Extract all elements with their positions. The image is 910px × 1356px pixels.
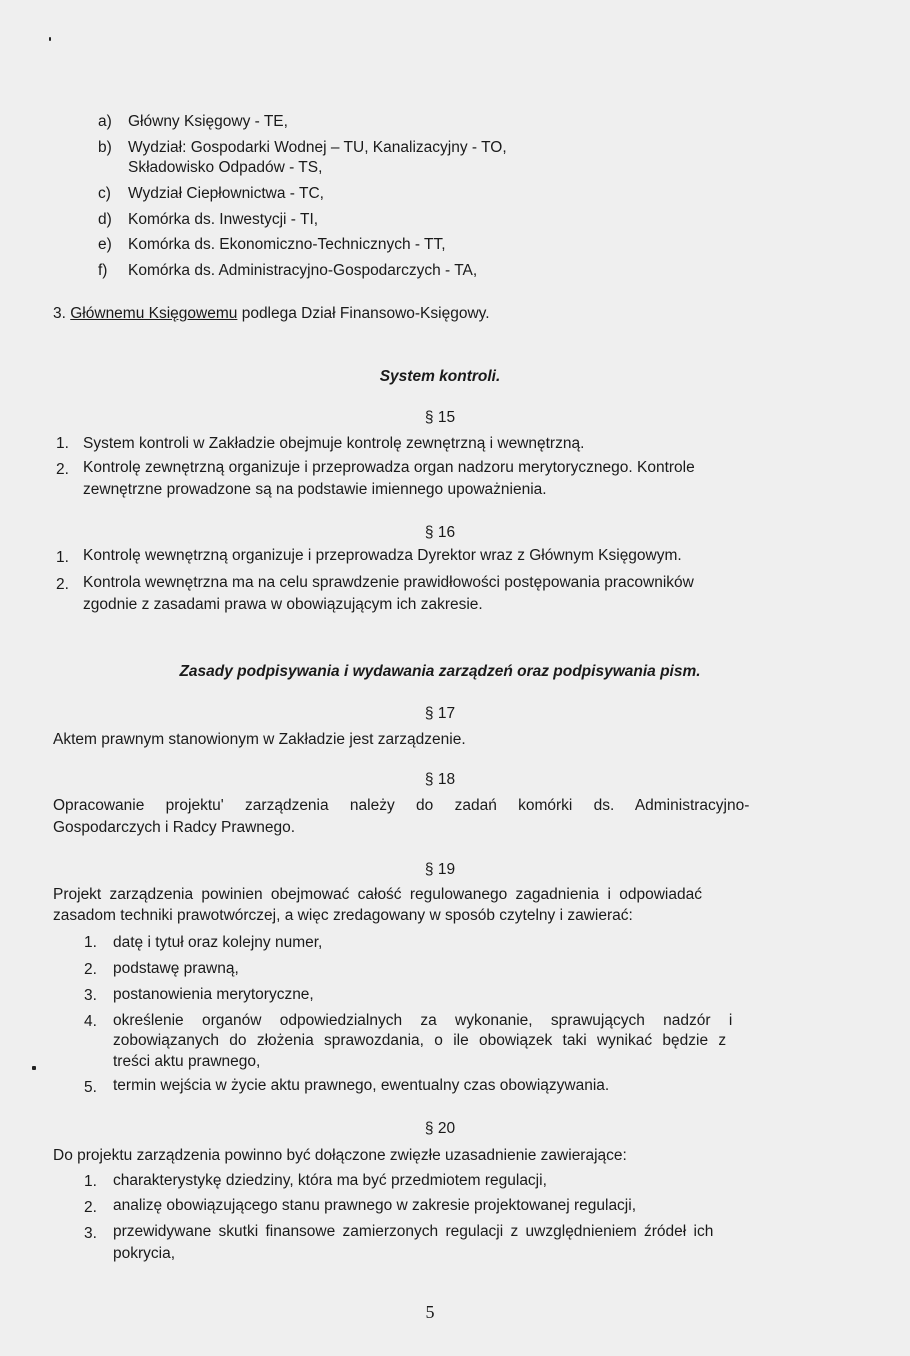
page-number: 5 — [0, 1302, 860, 1323]
item-number: 1. — [84, 933, 97, 953]
paragraph-16-title: § 16 — [0, 523, 880, 543]
paragraph-19-title: § 19 — [0, 860, 880, 880]
item-number: 3. — [84, 986, 97, 1006]
paragraph-15-item: Kontrolę zewnętrzną organizuje i przepro… — [83, 458, 695, 478]
item-number: 4. — [84, 1012, 97, 1032]
scan-speck — [32, 1066, 36, 1070]
underlined-phrase: Głównemu Księgowemu — [70, 305, 237, 322]
item-number: 3. — [84, 1224, 97, 1244]
list-label: c) — [98, 184, 111, 204]
item-number: 2. — [84, 1198, 97, 1218]
scan-speck — [49, 37, 51, 41]
paragraph-16-item-continuation: zgodnie z zasadami prawa w obowiązującym… — [83, 595, 483, 615]
paragraph-20-intro: Do projektu zarządzenia powinno być dołą… — [53, 1146, 627, 1166]
paragraph-18-text-continuation: Gospodarczych i Radcy Prawnego. — [53, 818, 295, 838]
paragraph-20-item: analizę obowiązującego stanu prawnego w … — [113, 1196, 636, 1216]
list-label: a) — [98, 112, 112, 132]
list-item-continuation: Składowisko Odpadów - TS, — [128, 158, 322, 178]
paragraph-15-item-continuation: zewnętrzne prowadzone są na podstawie im… — [83, 480, 547, 500]
item-number: 1. — [56, 548, 69, 568]
paragraph-20-title: § 20 — [0, 1119, 880, 1139]
list-label: d) — [98, 210, 112, 230]
paragraph-15-title: § 15 — [0, 408, 880, 428]
list-label: b) — [98, 138, 112, 158]
list-item: Komórka ds. Ekonomiczno-Technicznych - T… — [128, 235, 446, 255]
paragraph-17-text: Aktem prawnym stanowionym w Zakładzie je… — [53, 730, 466, 750]
paragraph-15-item: System kontroli w Zakładzie obejmuje kon… — [83, 434, 584, 454]
paragraph-16-item: Kontrolę wewnętrzną organizuje i przepro… — [83, 546, 682, 566]
section-heading-zasady: Zasady podpisywania i wydawania zarządze… — [0, 662, 880, 682]
paragraph-19-text: Projekt zarządzenia powinien obejmować c… — [53, 885, 702, 905]
list-label: f) — [98, 261, 107, 281]
item-number: 1. — [56, 434, 69, 454]
paragraph-18-title: § 18 — [0, 770, 880, 790]
item-number: 2. — [56, 575, 69, 595]
paragraph-20-item: przewidywane skutki finansowe zamierzony… — [113, 1222, 713, 1242]
list-item: Wydział: Gospodarki Wodnej – TU, Kanaliz… — [128, 138, 507, 158]
paragraph-17-title: § 17 — [0, 704, 880, 724]
list-item: Komórka ds. Inwestycji - TI, — [128, 210, 318, 230]
paragraph-19-text-continuation: zasadom techniki prawotwórczej, a więc z… — [53, 906, 633, 926]
paragraph-19-item-continuation: treści aktu prawnego, — [113, 1052, 260, 1072]
item-number: 2. — [56, 460, 69, 480]
paragraph-19-item: podstawę prawną, — [113, 959, 239, 979]
paragraph-19-item: postanowienia merytoryczne, — [113, 985, 314, 1005]
point-text: podlega Dział Finansowo-Księgowy. — [237, 305, 489, 322]
item-number: 2. — [84, 960, 97, 980]
paragraph-19-item: określenie organów odpowiedzialnych za w… — [113, 1011, 732, 1031]
document-page: a) Główny Księgowy - TE, b) Wydział: Gos… — [0, 0, 910, 1356]
list-label: e) — [98, 235, 112, 255]
list-item: Główny Księgowy - TE, — [128, 112, 288, 132]
paragraph-16-item: Kontrola wewnętrzna ma na celu sprawdzen… — [83, 573, 694, 593]
list-item: Komórka ds. Administracyjno-Gospodarczyc… — [128, 261, 477, 281]
section-heading-system-kontroli: System kontroli. — [0, 367, 880, 387]
paragraph-19-item: termin wejścia w życie aktu prawnego, ew… — [113, 1076, 609, 1096]
paragraph-20-item: charakterystykę dziedziny, która ma być … — [113, 1171, 547, 1191]
list-item: Wydział Ciepłownictwa - TC, — [128, 184, 324, 204]
item-number: 1. — [84, 1172, 97, 1192]
paragraph-18-text: Opracowanie projektu' zarządzenia należy… — [53, 796, 749, 816]
point-number: 3. — [53, 305, 66, 322]
paragraph-19-item-continuation: zobowiązanych do złożenia sprawozdania, … — [113, 1031, 726, 1051]
item-number: 5. — [84, 1078, 97, 1098]
paragraph-20-item-continuation: pokrycia, — [113, 1244, 175, 1264]
point-3: 3. Głównemu Księgowemu podlega Dział Fin… — [53, 304, 490, 324]
paragraph-19-item: datę i tytuł oraz kolejny numer, — [113, 933, 322, 953]
